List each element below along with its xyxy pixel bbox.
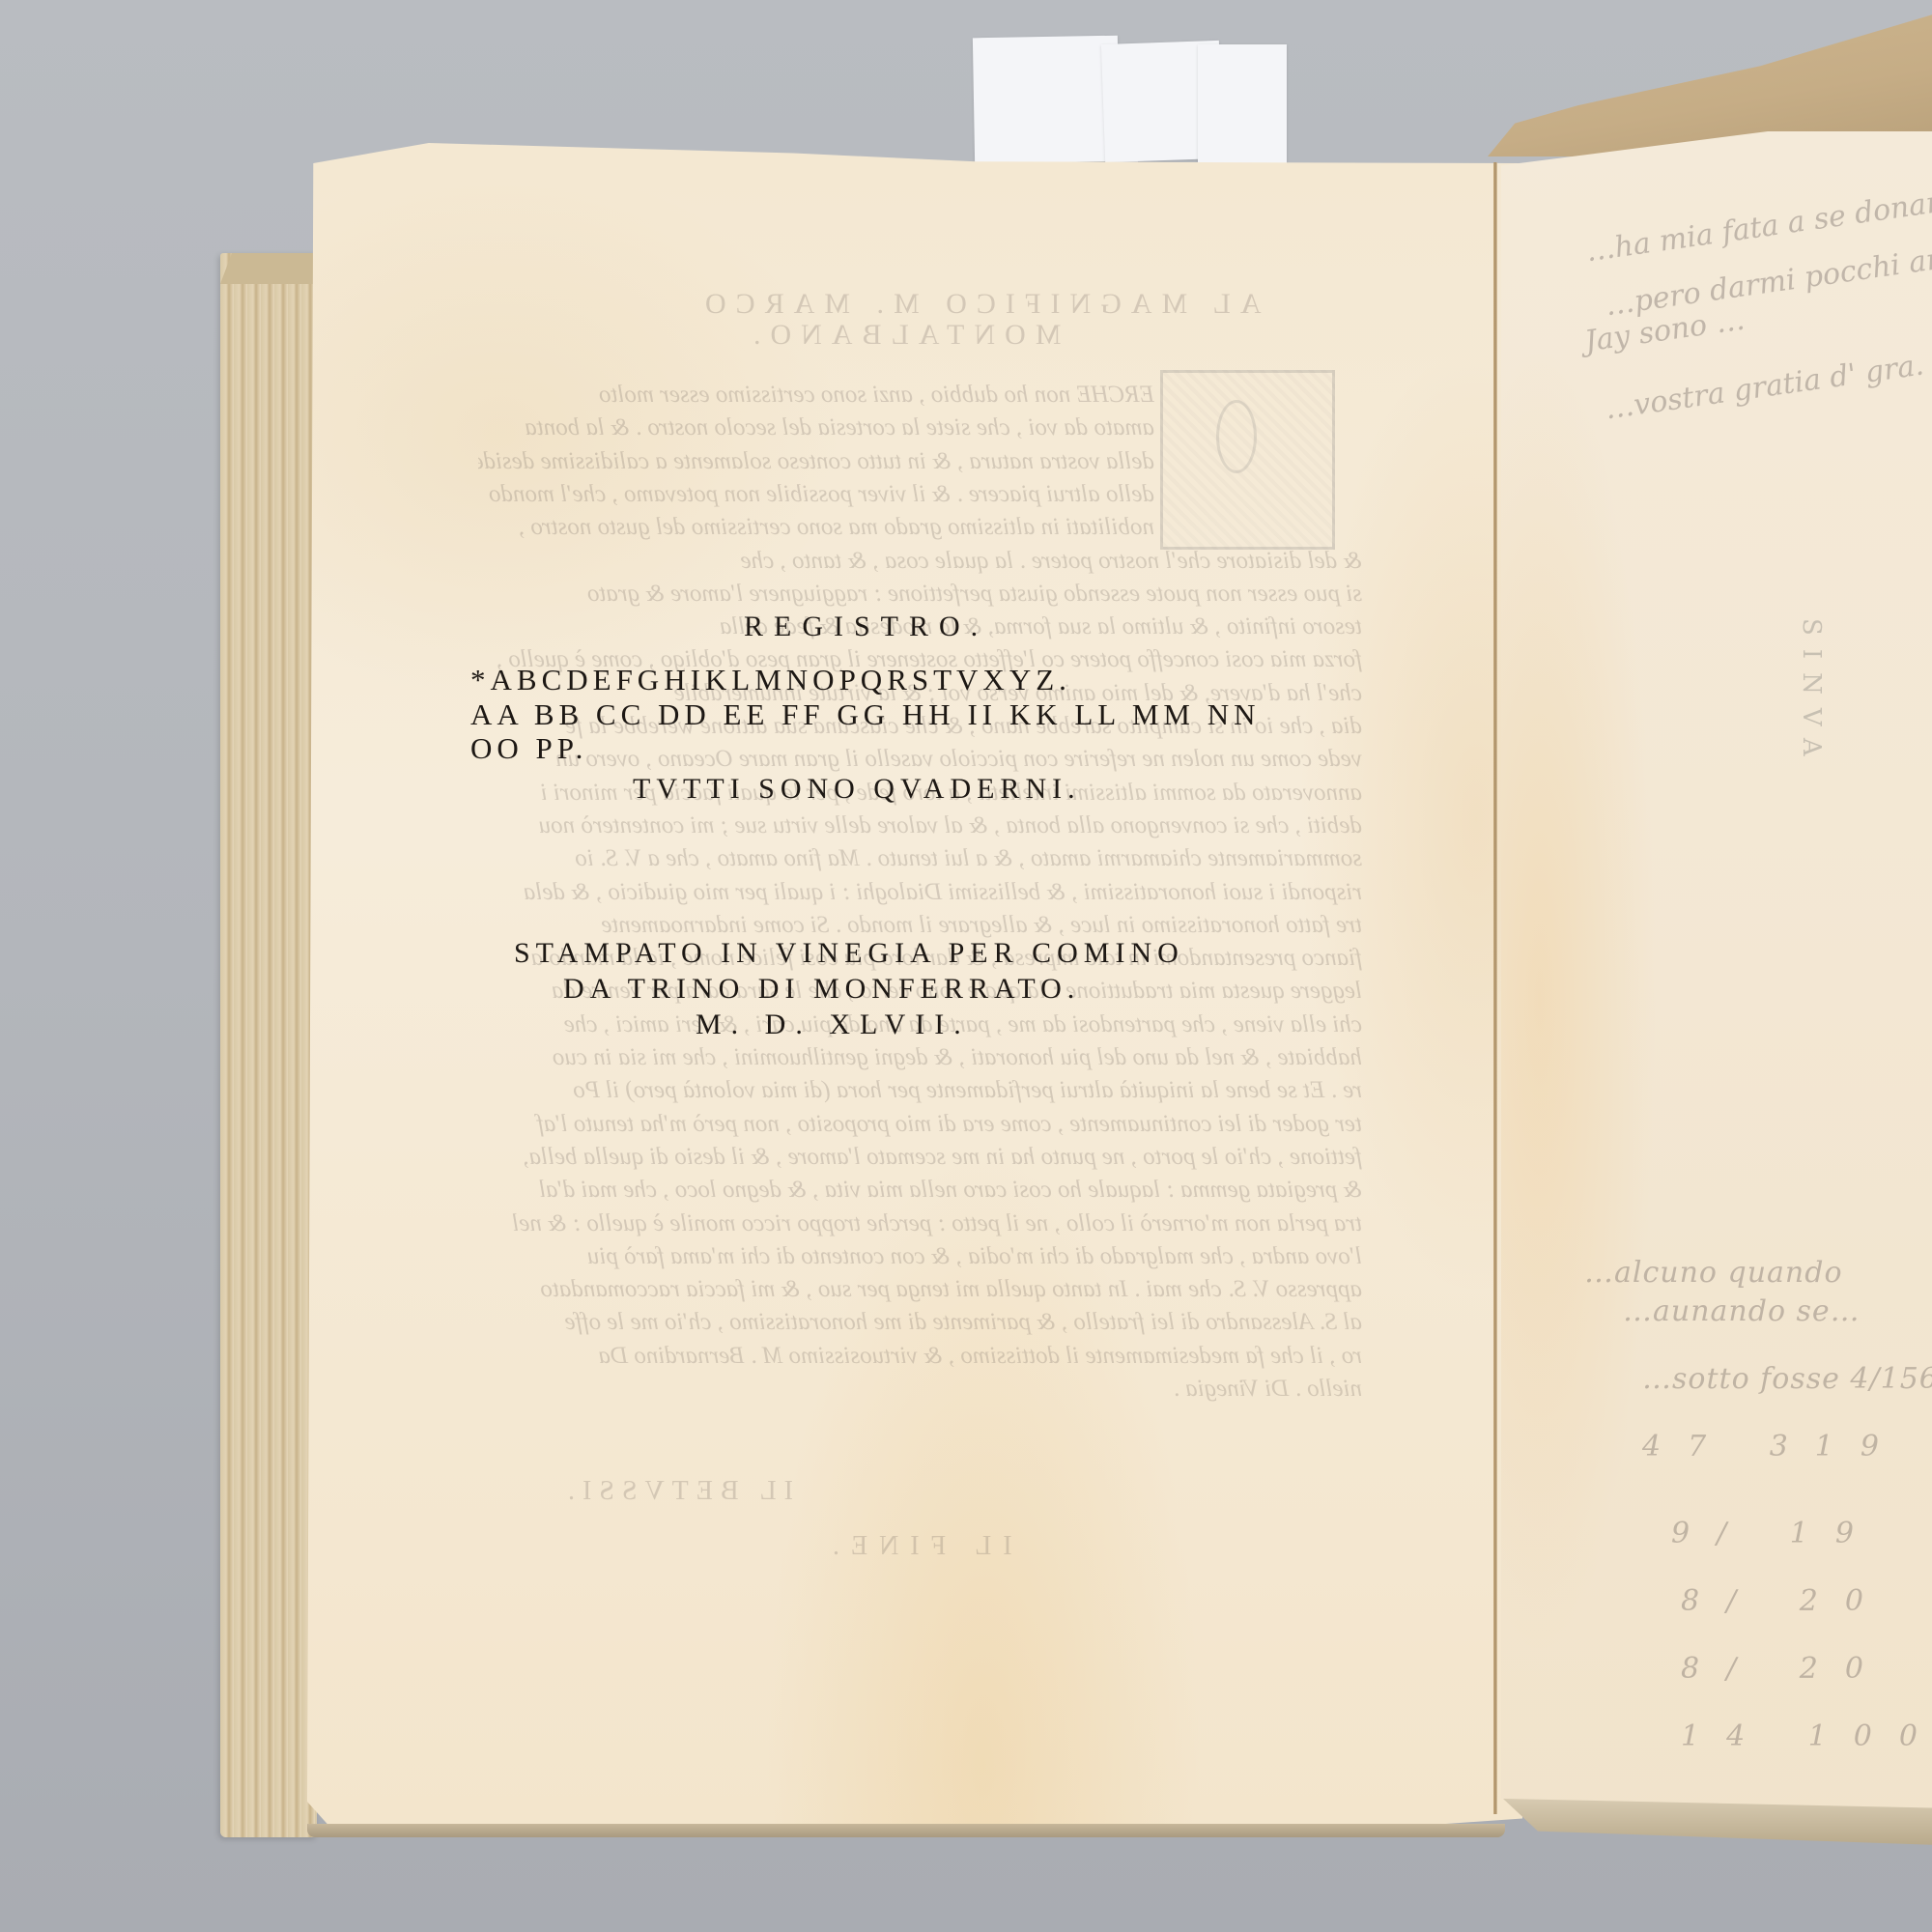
bookmark-slip xyxy=(973,36,1120,164)
show-through-line: niello . Di Vinegia . xyxy=(478,1376,1362,1403)
show-through-heading: AL MAGNIFICO M. MARCO xyxy=(696,288,1262,321)
register-signatures: AA BB CC DD EE FF GG HH II KK LL MM NN xyxy=(470,697,1261,732)
show-through-line: & del disiatore che'l nostro potere . la… xyxy=(478,548,1362,575)
show-through-line: habbiate , & nel da uno del piu honorati… xyxy=(478,1044,1362,1071)
show-through-line: vede come un nolen ne referire con picci… xyxy=(478,746,1362,773)
manuscript-note: …aunando se… xyxy=(1623,1294,1861,1328)
show-through-line: l'ovo andra , che malgrado di chi m'odia… xyxy=(478,1243,1362,1270)
manuscript-note: …sotto fosse 4/1566 xyxy=(1642,1362,1932,1396)
show-through-line: tra perla non m'ornerò il collo , ne il … xyxy=(478,1210,1362,1237)
show-through-vertical-text: SINVA xyxy=(1797,618,1826,770)
show-through-line: nobilitati in altissimo grado ma sono ce… xyxy=(478,514,1154,541)
manuscript-note: 47 319 xyxy=(1642,1430,1906,1463)
manuscript-note: …alcuno quando xyxy=(1584,1256,1843,1290)
quire-note: TVTTI SONO QVADERNI. xyxy=(633,773,1081,806)
show-through-line: della vostra natura , & in tutto conteso… xyxy=(478,448,1154,475)
book-gutter xyxy=(1493,162,1497,1814)
show-through-line: ro , il che fa medesimamente il dottissi… xyxy=(478,1343,1362,1370)
show-through-line: & pregiata gemma : laquale ho cosi caro … xyxy=(478,1177,1362,1204)
imprint-date: M. D. XLVII. xyxy=(696,1009,971,1041)
imprint-place: DA TRINO DI MONFERRATO. xyxy=(563,973,1080,1006)
show-through-line: debiti , che si convengono alla bonta , … xyxy=(478,812,1362,839)
show-through-line: appresso V. S. che mai . In tanto quella… xyxy=(478,1276,1362,1303)
show-through-line: tre fatto honoratissimo in luce , & alle… xyxy=(478,912,1362,939)
show-through-line: si puo esser non puote essendo giusta pe… xyxy=(478,581,1362,608)
book-cover-corner xyxy=(220,253,317,284)
manuscript-note: 8/ 20 xyxy=(1681,1652,1890,1686)
book-fore-edge xyxy=(220,253,317,1837)
show-through-line: ERCHE non ho dubbio , anzi sono certissi… xyxy=(478,382,1154,409)
manuscript-note: 9/ 19 xyxy=(1671,1517,1881,1550)
show-through-line: dello altrui piacere . & il viver possib… xyxy=(478,481,1154,508)
show-through-signature: IL BETVSSI. xyxy=(560,1476,793,1507)
show-through-line: sommariamente chiamarmi amato , & a lui … xyxy=(478,845,1362,872)
show-through-line: al S. Alessandro di lei fratello , & par… xyxy=(478,1309,1362,1336)
show-through-finis: IL FINE. xyxy=(821,1531,1012,1562)
manuscript-note: 14 100 xyxy=(1681,1719,1932,1753)
show-through-woodcut-initial xyxy=(1160,370,1335,550)
left-page-bottom-edge xyxy=(307,1824,1505,1837)
show-through-line: amato da voi , che siete la cortesia del… xyxy=(478,414,1154,441)
register-heading: REGISTRO. xyxy=(744,611,988,643)
show-through-line: ter goder di lei continuamente , come er… xyxy=(478,1111,1362,1138)
imprint-printer: STAMPATO IN VINEGIA PER COMINO xyxy=(514,937,1184,970)
show-through-heading: MONTALBANO. xyxy=(744,319,1061,352)
register-signatures: *ABCDEFGHIKLMNOPQRSTVXYZ. xyxy=(470,663,1071,697)
register-signatures: OO PP. xyxy=(470,731,587,766)
show-through-line: rispondi i suoi honoratissimi , & bellis… xyxy=(478,879,1362,906)
manuscript-note: 8/ 20 xyxy=(1681,1584,1890,1618)
bookmark-slip xyxy=(1198,44,1287,164)
show-through-line: fettione , ch'io le porto , ne punto ha … xyxy=(478,1144,1362,1171)
show-through-line: re . Et se bene la iniquità altrui perfi… xyxy=(478,1077,1362,1104)
